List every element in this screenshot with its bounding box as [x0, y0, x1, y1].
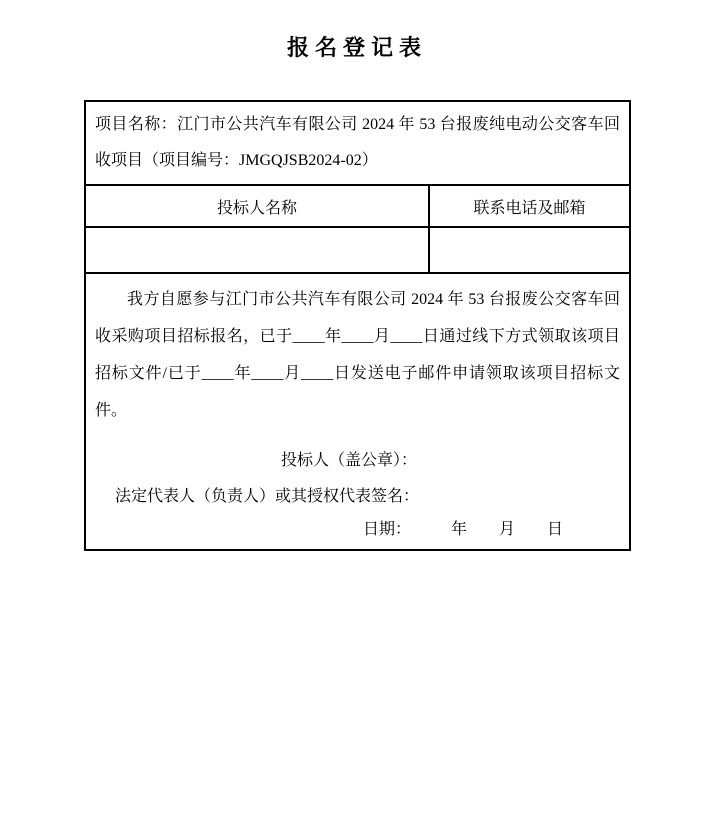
contact-phone-email-header: 联系电话及邮箱: [429, 185, 630, 227]
contact-phone-email-input-cell[interactable]: [429, 227, 630, 273]
fill-in-row: [85, 227, 630, 273]
legal-representative-signature-label: 法定代表人（负责人）或其授权代表签名：: [95, 479, 620, 515]
page-title: 报名登记表: [0, 31, 708, 62]
declaration-paragraph: 我方自愿参与江门市公共汽车有限公司 2024 年 53 台报废公交客车回收采购项…: [95, 281, 620, 429]
bidder-name-input-cell[interactable]: [85, 227, 429, 273]
declaration-row: 我方自愿参与江门市公共汽车有限公司 2024 年 53 台报废公交客车回收采购项…: [85, 273, 630, 550]
bidder-seal-label: 投标人（盖公章）：: [95, 443, 620, 479]
header-row: 投标人名称 联系电话及邮箱: [85, 185, 630, 227]
project-name-cell: 项目名称：江门市公共汽车有限公司 2024 年 53 台报废纯电动公交客车回收项…: [85, 101, 630, 185]
bidder-name-header: 投标人名称: [85, 185, 429, 227]
declaration-cell: 我方自愿参与江门市公共汽车有限公司 2024 年 53 台报废公交客车回收采购项…: [85, 273, 630, 550]
date-label: 日期： 年 月 日: [95, 515, 620, 545]
registration-table: 项目名称：江门市公共汽车有限公司 2024 年 53 台报废纯电动公交客车回收项…: [84, 100, 631, 551]
project-name-row: 项目名称：江门市公共汽车有限公司 2024 年 53 台报废纯电动公交客车回收项…: [85, 101, 630, 185]
